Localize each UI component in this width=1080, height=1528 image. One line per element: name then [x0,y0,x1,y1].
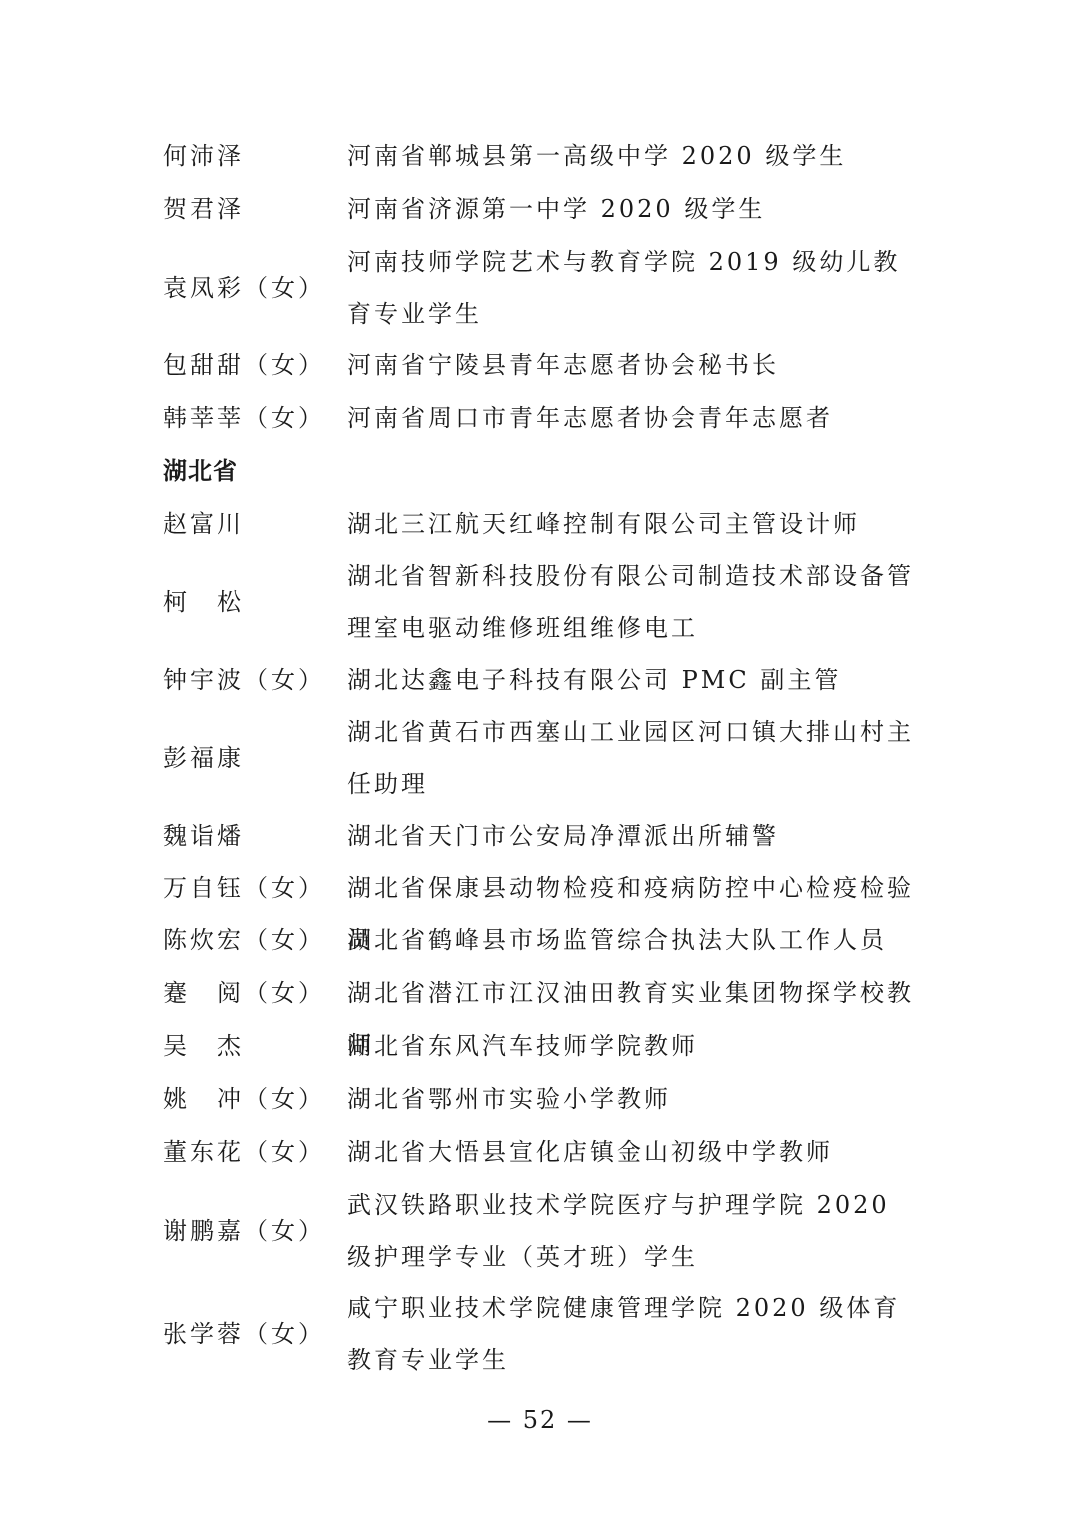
person-name: 董东花（女） [163,1140,325,1164]
person-name: 何沛泽 [163,144,244,168]
person-name: 陈炊宏（女） [163,928,325,952]
person-name: 包甜甜（女） [163,353,325,377]
person-description: 湖北省东风汽车技师学院教师 [347,1020,927,1072]
person-name: 韩莘莘（女） [163,406,325,430]
person-description: 湖北省鹤峰县市场监管综合执法大队工作人员 [347,914,927,966]
person-name: 柯 松 [163,590,244,614]
person-description: 河南省周口市青年志愿者协会青年志愿者 [347,392,927,444]
person-name: 姚 冲（女） [163,1087,325,1111]
section-heading: 湖北省 [163,459,238,483]
person-description: 湖北省天门市公安局净潭派出所辅警 [347,810,927,862]
person-name: 谢鹏嘉（女） [163,1219,325,1243]
document-page: 何沛泽 河南省郸城县第一高级中学 2020 级学生 贺君泽 河南省济源第一中学 … [0,0,1080,1528]
person-name: 魏诣燔 [163,824,244,848]
person-name: 钟宇波（女） [163,668,325,692]
person-name: 蹇 阅（女） [163,981,325,1005]
person-description: 河南技师学院艺术与教育学院 2019 级幼儿教育专业学生 [347,236,927,340]
person-name: 张学蓉（女） [163,1322,325,1346]
person-description: 河南省郸城县第一高级中学 2020 级学生 [347,130,927,182]
person-description: 湖北三江航天红峰控制有限公司主管设计师 [347,498,927,550]
person-name: 赵富川 [163,512,244,536]
person-description: 湖北达鑫电子科技有限公司 PMC 副主管 [347,654,927,706]
person-name: 吴 杰 [163,1034,244,1058]
person-description: 湖北省智新科技股份有限公司制造技术部设备管理室电驱动维修班组维修电工 [347,550,927,654]
person-name: 贺君泽 [163,197,244,221]
person-name: 万自钰（女） [163,876,325,900]
person-name: 袁凤彩（女） [163,276,325,300]
person-description: 河南省宁陵县青年志愿者协会秘书长 [347,339,927,391]
person-description: 咸宁职业技术学院健康管理学院 2020 级体育教育专业学生 [347,1282,927,1386]
person-description: 湖北省黄石市西塞山工业园区河口镇大排山村主任助理 [347,706,927,810]
person-name: 彭福康 [163,746,244,770]
person-description: 湖北省大悟县宣化店镇金山初级中学教师 [347,1126,927,1178]
person-description: 河南省济源第一中学 2020 级学生 [347,183,927,235]
person-description: 武汉铁路职业技术学院医疗与护理学院 2020 级护理学专业（英才班）学生 [347,1179,927,1283]
person-description: 湖北省鄂州市实验小学教师 [347,1073,927,1125]
page-number: — 52 — [0,1406,1080,1434]
